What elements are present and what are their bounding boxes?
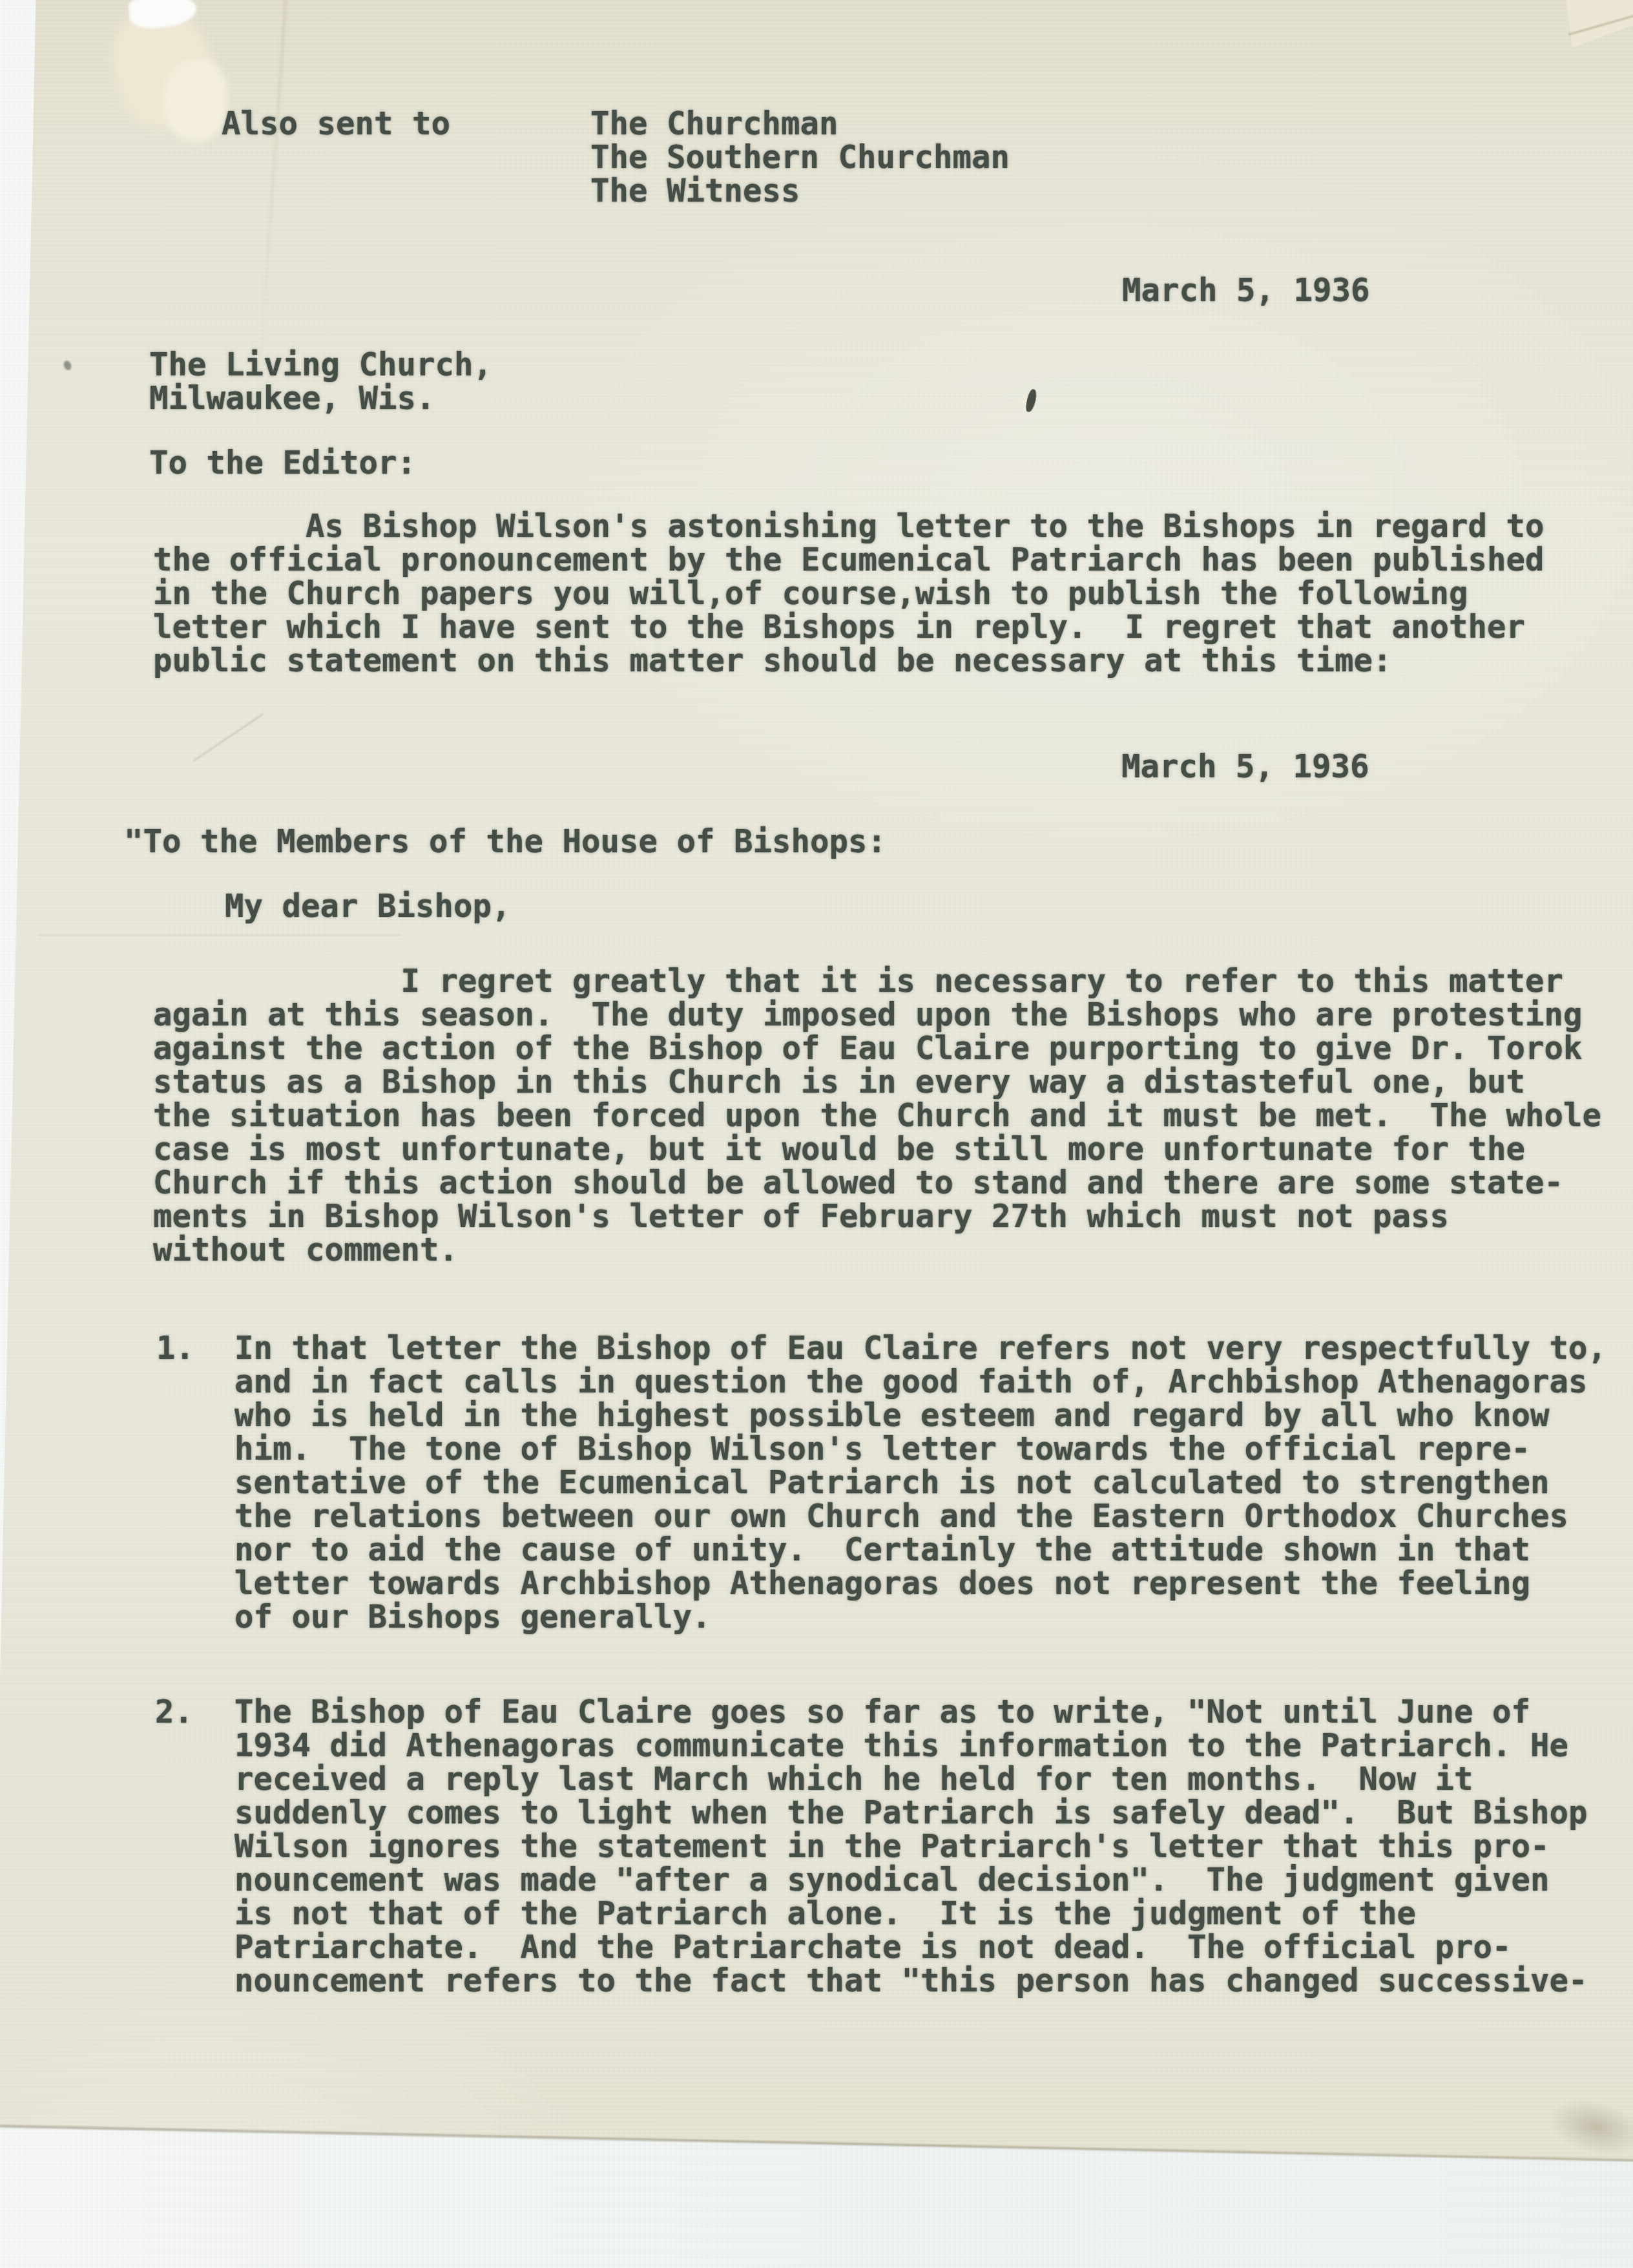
point-1-number: 1. [156,1332,194,1365]
torn-corner-patch [163,59,227,142]
point-1-text: In that letter the Bishop of Eau Claire … [234,1332,1607,1634]
intro-paragraph: As Bishop Wilson's astonishing letter to… [153,510,1545,678]
paper-crease [39,934,400,936]
enclosed-letter-salutation: My dear Bishop, [225,890,511,923]
enclosed-letter-date: March 5, 1936 [1121,750,1369,784]
letter-date: March 5, 1936 [1122,274,1370,308]
cc-recipients-list: The Churchman The Southern Churchman The… [590,107,1010,208]
opening-paragraph: I regret greatly that it is necessary to… [153,965,1601,1267]
cc-note-label: Also sent to [222,107,450,141]
scanned-letter-page: Also sent to The Churchman The Southern … [0,0,1633,2268]
enclosed-letter-addressee: "To the Members of the House of Bishops: [124,825,886,859]
point-2-number: 2. [155,1696,193,1729]
editor-salutation: To the Editor: [149,446,416,480]
recipient-address: The Living Church, Milwaukee, Wis. [149,348,492,415]
point-2-text: The Bishop of Eau Claire goes so far as … [234,1696,1588,1998]
